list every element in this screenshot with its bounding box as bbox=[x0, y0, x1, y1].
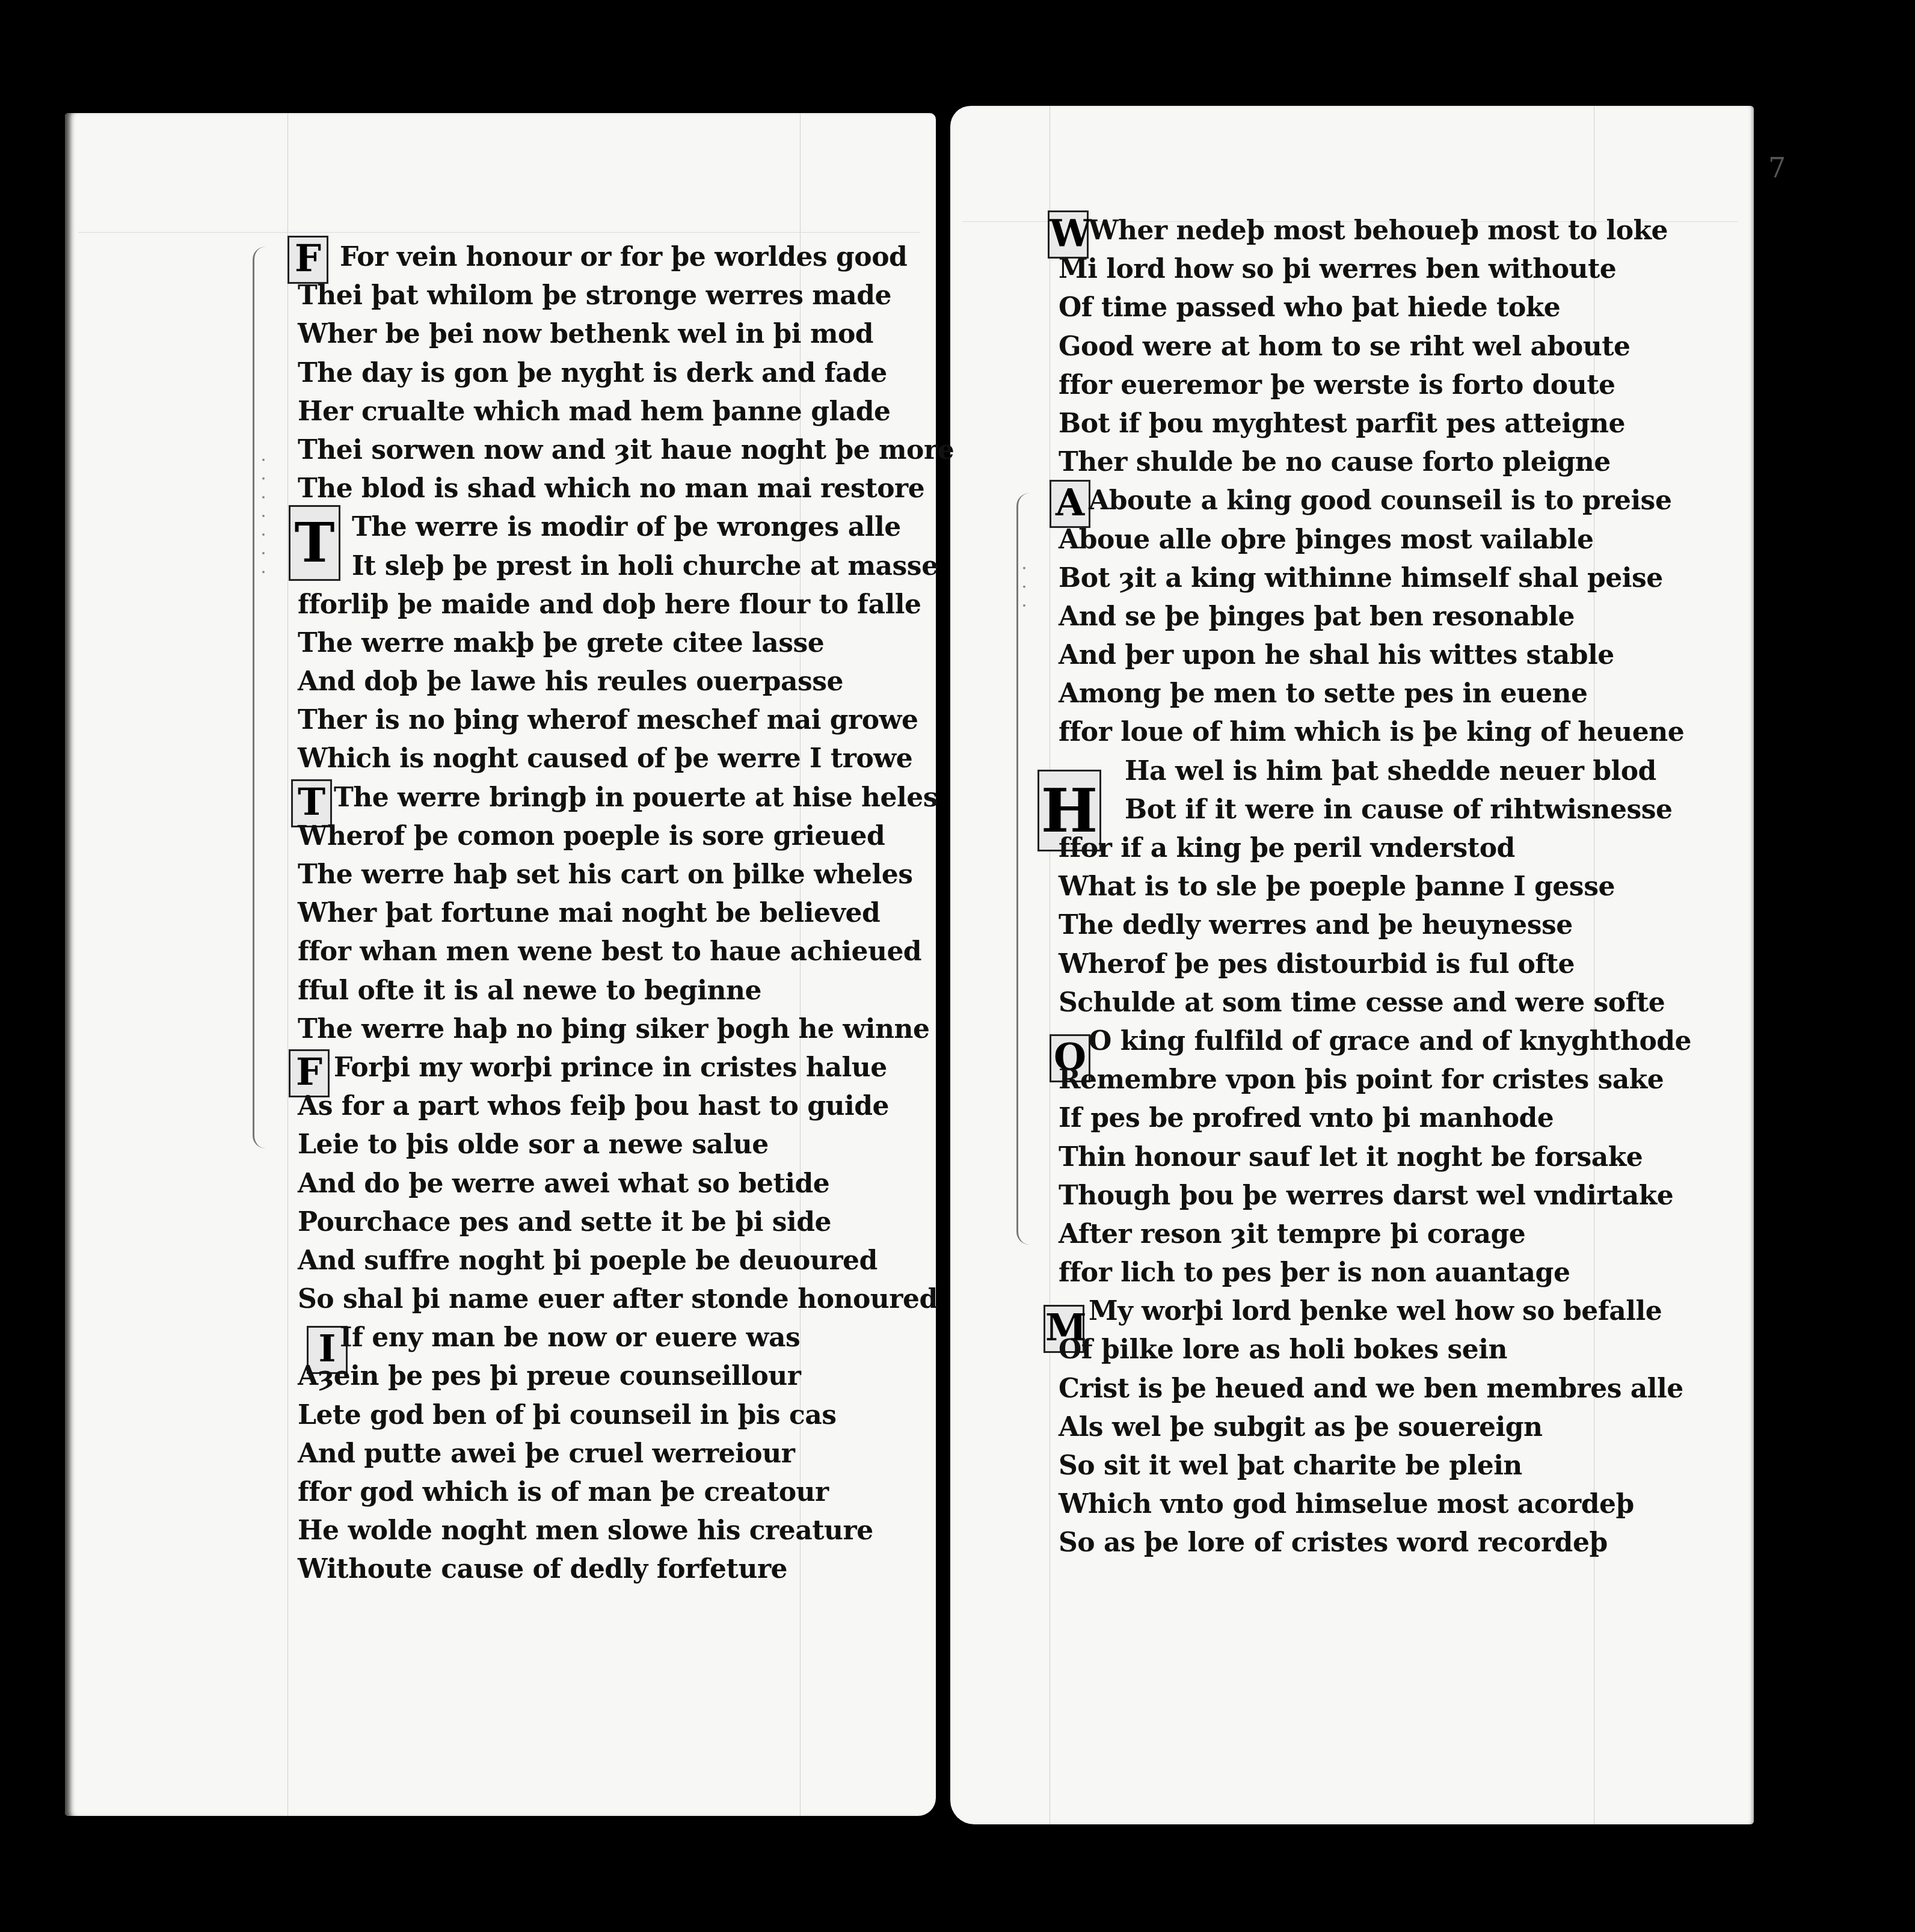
verse-line: Als wel þe subgit as þe souereign bbox=[1059, 1408, 1691, 1447]
verse-line: Bot if it were in cause of rihtwisnesse bbox=[1059, 791, 1691, 829]
verse-line: Bot ȝit a king withinne himself shal pei… bbox=[1059, 559, 1691, 598]
verse-line: The dedly werres and þe heuynesse bbox=[1059, 906, 1691, 945]
verse-line: Aboute a king good counseil is to preise bbox=[1059, 482, 1691, 520]
right-margin-note: · · · bbox=[1013, 565, 1034, 612]
verse-line: Ther is no þing wherof meschef mai growe bbox=[298, 701, 954, 740]
verse-line: Bot if þou myghtest parfit pes atteigne bbox=[1059, 405, 1691, 443]
verse-line: ffor whan men wene best to haue achieued bbox=[298, 933, 954, 971]
verse-line: So as þe lore of cristes word recordeþ bbox=[1059, 1524, 1691, 1562]
left-margin-flourish bbox=[253, 247, 278, 1148]
verse-line: Remembre vpon þis point for cristes sake bbox=[1059, 1061, 1691, 1099]
verse-line: Wherof þe comon poeple is sore grieued bbox=[298, 817, 954, 856]
verse-line: fful ofte it is al newe to beginne bbox=[298, 972, 954, 1010]
verse-line: Among þe men to sette pes in euene bbox=[1059, 675, 1691, 713]
folio-number: 7 bbox=[1768, 152, 1786, 184]
verse-line: Forþi my worþi prince in cristes halue bbox=[298, 1049, 954, 1087]
verse-line: Crist is þe heued and we ben membres all… bbox=[1059, 1370, 1691, 1408]
verse-line: Ther shulde be no cause forto pleigne bbox=[1059, 443, 1691, 482]
verse-line: Aȝein þe pes þi preue counseillour bbox=[298, 1357, 954, 1396]
verse-line: Which vnto god himselue most acordeþ bbox=[1059, 1485, 1691, 1524]
verse-line: For vein honour or for þe worldes good bbox=[298, 238, 954, 277]
left-margin-note: · · · · · · · bbox=[253, 457, 274, 578]
left-page-top-rule bbox=[78, 232, 920, 233]
verse-line: fforliþ þe maide and doþ here flour to f… bbox=[298, 586, 954, 624]
verse-line: Pourchace pes and sette it be þi side bbox=[298, 1203, 954, 1242]
verse-line: If eny man be now or euere was bbox=[298, 1319, 954, 1357]
verse-line: ffor loue of him which is þe king of heu… bbox=[1059, 713, 1691, 752]
verse-line: Wher þat fortune mai noght be believed bbox=[298, 894, 954, 933]
verse-line: And þer upon he shal his wittes stable bbox=[1059, 636, 1691, 675]
verse-line: And putte awei þe cruel werreiour bbox=[298, 1435, 954, 1473]
verse-line: Of time passed who þat hiede toke bbox=[1059, 289, 1691, 327]
verse-line: The blod is shad which no man mai restor… bbox=[298, 470, 954, 508]
verse-line: Thei þat whilom þe stronge werres made bbox=[298, 277, 954, 315]
verse-line: And doþ þe lawe his reules ouerpasse bbox=[298, 663, 954, 701]
verse-line: ffor lich to pes þer is non auantage bbox=[1059, 1254, 1691, 1292]
verse-line: Withoute cause of dedly forfeture bbox=[298, 1550, 954, 1589]
verse-line: Aboue alle oþre þinges most vailable bbox=[1059, 521, 1691, 559]
verse-line: ffor god which is of man þe creatour bbox=[298, 1473, 954, 1512]
verse-line: The day is gon þe nyght is derk and fade bbox=[298, 354, 954, 393]
verse-line: If pes be profred vnto þi manhode bbox=[1059, 1099, 1691, 1138]
verse-line: ffor eueremor þe werste is forto doute bbox=[1059, 366, 1691, 405]
verse-line: Schulde at som time cesse and were softe bbox=[1059, 984, 1691, 1022]
verse-line: And do þe werre awei what so betide bbox=[298, 1165, 954, 1203]
verse-line: Wherof þe pes distourbid is ful ofte bbox=[1059, 945, 1691, 984]
verse-line: And suffre noght þi poeple be deuoured bbox=[298, 1242, 954, 1280]
verse-line: Thei sorwen now and ȝit haue noght þe mo… bbox=[298, 431, 954, 470]
right-page-text-block: Wher nedeþ most behoueþ most to loke Mi … bbox=[1059, 212, 1691, 1563]
verse-line: After reson ȝit tempre þi corage bbox=[1059, 1215, 1691, 1254]
verse-line: The werre haþ no þing siker þogh he winn… bbox=[298, 1010, 954, 1049]
verse-line: Wher nedeþ most behoueþ most to loke bbox=[1059, 212, 1691, 250]
verse-line: As for a part whos feiþ þou hast to guid… bbox=[298, 1087, 954, 1126]
verse-line: So shal þi name euer after stonde honour… bbox=[298, 1280, 954, 1319]
verse-line: Thin honour sauf let it noght be forsake bbox=[1059, 1138, 1691, 1177]
right-page-ruling-inner bbox=[1050, 106, 1050, 1824]
verse-line: ffor if a king þe peril vnderstod bbox=[1059, 829, 1691, 868]
verse-line: And se þe þinges þat ben resonable bbox=[1059, 598, 1691, 636]
verse-line: Good were at hom to se riht wel aboute bbox=[1059, 328, 1691, 366]
verse-line: The werre is modir of þe wronges alle bbox=[298, 508, 954, 547]
verse-line: So sit it wel þat charite be plein bbox=[1059, 1447, 1691, 1485]
verse-line: Her crualte which mad hem þanne glade bbox=[298, 393, 954, 431]
verse-line: The werre haþ set his cart on þilke whel… bbox=[298, 856, 954, 894]
left-page-ruling-inner bbox=[287, 113, 288, 1816]
verse-line: What is to sle þe poeple þanne I gesse bbox=[1059, 868, 1691, 906]
verse-line: The werre makþ þe grete citee lasse bbox=[298, 624, 954, 663]
left-page-text-block: For vein honour or for þe worldes good T… bbox=[298, 238, 954, 1589]
verse-line: It sleþ þe prest in holi churche at mass… bbox=[298, 547, 954, 586]
verse-line: Lete god ben of þi counseil in þis cas bbox=[298, 1396, 954, 1435]
verse-line: Though þou þe werres darst wel vndirtake bbox=[1059, 1177, 1691, 1215]
verse-line: Wher be þei now bethenk wel in þi mod bbox=[298, 315, 954, 354]
verse-line: Which is noght caused of þe werre I trow… bbox=[298, 740, 954, 778]
verse-line: The werre bringþ in pouerte at hise hele… bbox=[298, 779, 954, 817]
verse-line: Ha wel is him þat shedde neuer blod bbox=[1059, 752, 1691, 791]
verse-line: Mi lord how so þi werres ben withoute bbox=[1059, 250, 1691, 289]
verse-line: My worþi lord þenke wel how so befalle bbox=[1059, 1292, 1691, 1331]
verse-line: O king fulfild of grace and of knyghthod… bbox=[1059, 1022, 1691, 1061]
verse-line: He wolde noght men slowe his creature bbox=[298, 1512, 954, 1550]
verse-line: Leie to þis olde sor a newe salue bbox=[298, 1126, 954, 1164]
verse-line: Of þilke lore as holi bokes sein bbox=[1059, 1331, 1691, 1369]
